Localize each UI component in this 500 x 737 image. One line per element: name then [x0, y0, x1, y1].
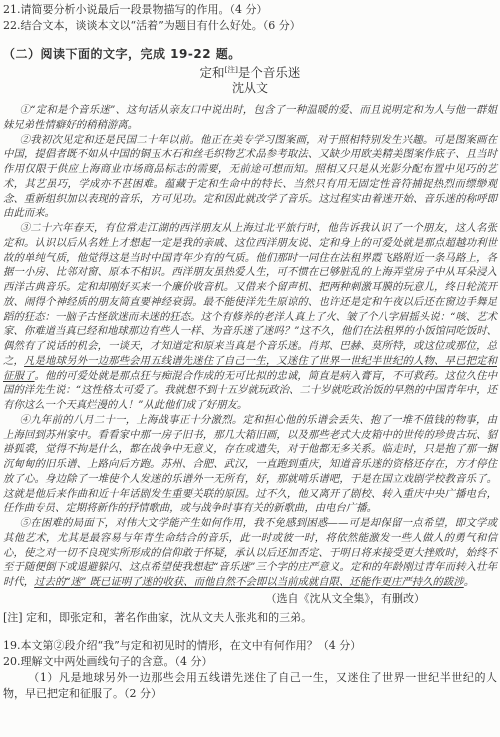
exam-page: 21.请简要分析小说最后一段景物描写的作用。（4 分）22.结合文本，谈谈本文以… — [0, 0, 500, 737]
question-line: 20.理解文中两处画线句子的含意。（4 分） — [3, 654, 497, 670]
article-title: 定和[注]是个音乐迷 — [3, 65, 497, 80]
section-heading: （二）阅读下面的文字，完成 19-22 题。 — [3, 46, 497, 62]
source-attribution: （选自《沈从文全集》，有删改） — [3, 591, 497, 607]
article-paragraph: ②我初次见定和还是民国二十年以前。他正在美专学习图案画，对于照相特别发生兴趣。可… — [3, 133, 497, 222]
article-paragraph: ①“定和是个音乐迷”、这句话从亲友口中说出时，包含了一种温暖的爱、而且说明定和为… — [3, 103, 497, 133]
title-text-after-note: 是个音乐迷 — [238, 65, 301, 80]
article-paragraph: ⑤在困难的局面下，对伟大文学能产生如何作用，我不免感到困惑——可是却保留一点希望… — [3, 516, 497, 590]
paragraph-text: 。 — [464, 576, 474, 588]
title-text-before-note: 定和 — [200, 65, 225, 80]
article-author: 沈从文 — [3, 81, 497, 96]
question-line: （1）凡是地球另外一边那些会用五线谱先迷住了自己一生，又迷住了世界一世纪半世纪的… — [3, 670, 497, 702]
underlined-sentence: 过去的“迷” 既已证明了迷的收获、而他自然不会即以当前成就自限、还能作更庄严持久… — [34, 576, 464, 588]
question-line: 19.本文第②段介绍“我”与定和初见时的情形，在文中有何作用？（4 分） — [3, 638, 497, 654]
article-paragraph: ③二十六年春天，有位常走江湖的西洋朋友从上海过北平旅行时，他告诉我认识了一个朋友… — [3, 221, 497, 413]
paragraph-text: ②我初次见定和还是民国二十年以前。他正在美专学习图案画，对于照相特别发生兴趣。可… — [3, 134, 497, 220]
passage-questions: 19.本文第②段介绍“我”与定和初见时的情形，在文中有何作用？（4 分）20.理… — [3, 638, 497, 702]
paragraph-text: ③二十六年春天，有位常走江湖的西洋朋友从上海过北平旅行时，他告诉我认识了一个朋友… — [3, 222, 497, 367]
note-marker: [注] — [225, 65, 238, 74]
paragraph-text: 。他的可爱处就是那点狂与痴混合作成的无可比拟的忠诚，简直是病入膏肓，不可救药。这… — [3, 370, 497, 412]
question-line: 21.请简要分析小说最后一段景物描写的作用。（4 分） — [3, 2, 497, 18]
previous-passage-questions: 21.请简要分析小说最后一段景物描写的作用。（4 分）22.结合文本，谈谈本文以… — [3, 2, 497, 33]
footnote: [注] 定和，即张定和，著名作曲家，沈从文夫人张兆和的三弟。 — [3, 610, 497, 625]
article-paragraph: ④九年前的八月二十一，上海战事正十分激烈。定和担心他的乐谱会丢失、抱了一堆不值钱… — [3, 413, 497, 516]
article-body: ①“定和是个音乐迷”、这句话从亲友口中说出时，包含了一种温暖的爱、而且说明定和为… — [3, 103, 497, 590]
paragraph-text: ①“定和是个音乐迷”、这句话从亲友口中说出时，包含了一种温暖的爱、而且说明定和为… — [3, 104, 497, 131]
paragraph-text: ④九年前的八月二十一，上海战事正十分激烈。定和担心他的乐谱会丢失、抱了一堆不值钱… — [3, 414, 497, 515]
question-line: 22.结合文本，谈谈本文以“活着”为题目有什么好处。（6 分） — [3, 18, 497, 34]
